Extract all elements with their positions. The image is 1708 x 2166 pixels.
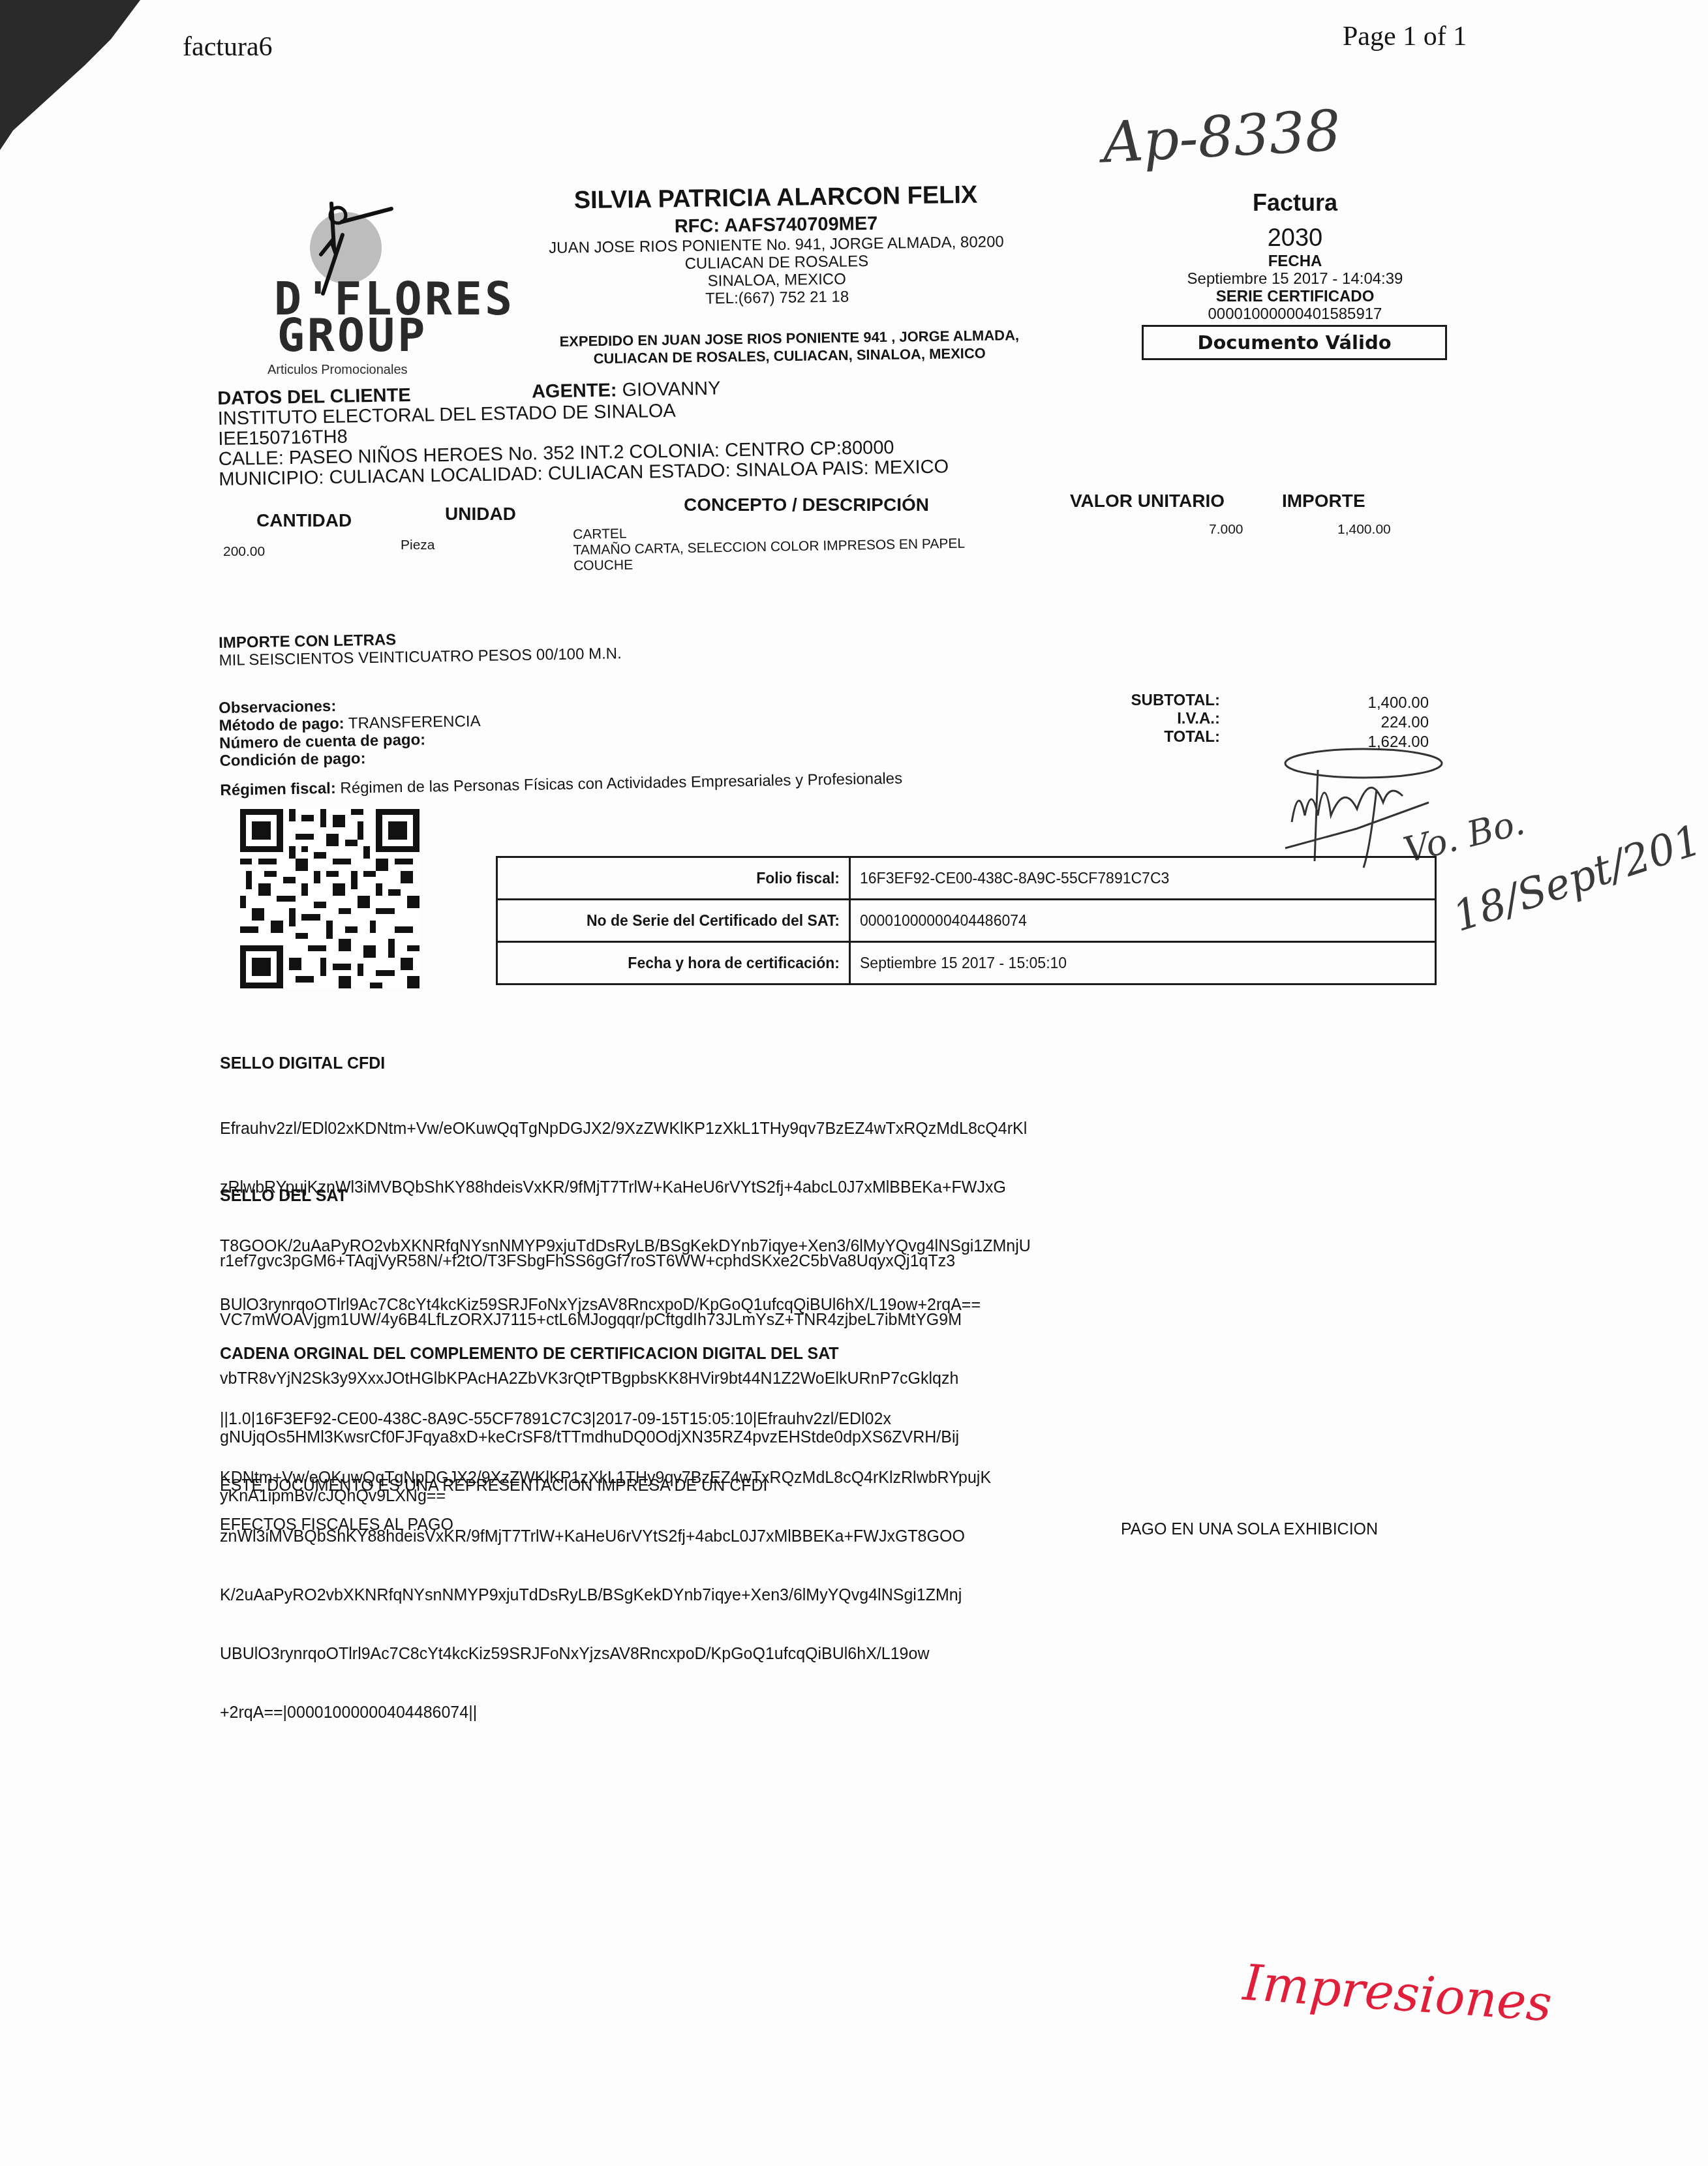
folio-fiscal: 16F3EF92-CE00-438C-8A9C-55CF7891C7C3 (850, 857, 1436, 900)
invoice-header: Factura 2030 FECHA Septiembre 15 2017 - … (1148, 189, 1442, 323)
invoice-date: Septiembre 15 2017 - 14:04:39 (1148, 270, 1442, 288)
col-valor-unitario: VALOR UNITARIO (1070, 491, 1225, 511)
issuer-name: SILVIA PATRICIA ALARCON FELIX (508, 180, 1044, 215)
item-valor-unitario: 7.000 (1209, 522, 1243, 538)
cert-label: SERIE CERTIFICADO (1148, 288, 1442, 305)
col-unidad: UNIDAD (445, 504, 516, 525)
qr-code-icon (235, 809, 424, 988)
print-page-number: Page 1 of 1 (1343, 21, 1467, 52)
invoice-title: Factura (1148, 189, 1442, 217)
table-row: Folio fiscal: 16F3EF92-CE00-438C-8A9C-55… (497, 857, 1436, 900)
status-badge: Documento Válido (1142, 325, 1447, 360)
pago-exhibicion-note: PAGO EN UNA SOLA EXHIBICION (1121, 1520, 1378, 1539)
client-block: DATOS DEL CLIENTE INSTITUTO ELECTORAL DE… (217, 376, 949, 490)
issuer-block: SILVIA PATRICIA ALARCON FELIX RFC: AAFS7… (508, 180, 1045, 310)
handwritten-category: Impresiones (1241, 1953, 1553, 2033)
cert-number: 00001000000401585917 (1148, 305, 1442, 323)
subtotal-value: 1,400.00 (1331, 694, 1429, 713)
iva-value: 224.00 (1331, 713, 1429, 733)
print-doc-name: factura6 (183, 31, 273, 63)
sat-cert-serial: 00001000000404486074 (850, 900, 1436, 942)
cfdi-representation-note: ESTE DOCUMENTO ES UNA REPRESENTACION IMP… (220, 1476, 767, 1495)
col-concepto: CONCEPTO / DESCRIPCIÓN (684, 495, 929, 515)
logo-tagline: Articulos Promocionales (267, 363, 408, 378)
logo-title: D'FLORES GROUP (274, 281, 431, 354)
invoice-number: 2030 (1148, 224, 1442, 252)
efectos-fiscales-note: EFECTOS FISCALES AL PAGO (220, 1516, 453, 1534)
table-row: No de Serie del Certificado del SAT: 000… (497, 900, 1436, 942)
sat-certification-table: Folio fiscal: 16F3EF92-CE00-438C-8A9C-55… (496, 856, 1437, 985)
payment-method: TRANSFERENCIA (348, 712, 481, 733)
item-importe: 1,400.00 (1337, 522, 1391, 538)
handwritten-ap-number: Ap-8338 (1101, 99, 1343, 176)
item-cantidad: 200.00 (223, 544, 265, 560)
scan-background-corner (0, 0, 157, 170)
importe-letras: IMPORTE CON LETRAS MIL SEISCIENTOS VEINT… (219, 627, 622, 669)
totals-labels: SUBTOTAL: I.V.A.: TOTAL: (1116, 692, 1220, 746)
col-cantidad: CANTIDAD (256, 510, 352, 531)
regimen-fiscal: Régimen de las Personas Físicas con Acti… (340, 770, 902, 797)
item-concepto: CARTEL TAMAÑO CARTA, SELECCION COLOR IMP… (573, 521, 966, 574)
expedido-en: EXPEDIDO EN JUAN JOSE RIOS PONIENTE 941 … (522, 326, 1058, 368)
col-importe: IMPORTE (1282, 491, 1365, 511)
invoice-date-label: FECHA (1148, 252, 1442, 270)
certification-datetime: Septiembre 15 2017 - 15:05:10 (850, 942, 1436, 984)
payment-block: Observaciones: Método de pago: TRANSFERE… (219, 688, 902, 799)
table-row: Fecha y hora de certificación: Septiembr… (497, 942, 1436, 984)
item-unidad: Pieza (401, 538, 435, 553)
